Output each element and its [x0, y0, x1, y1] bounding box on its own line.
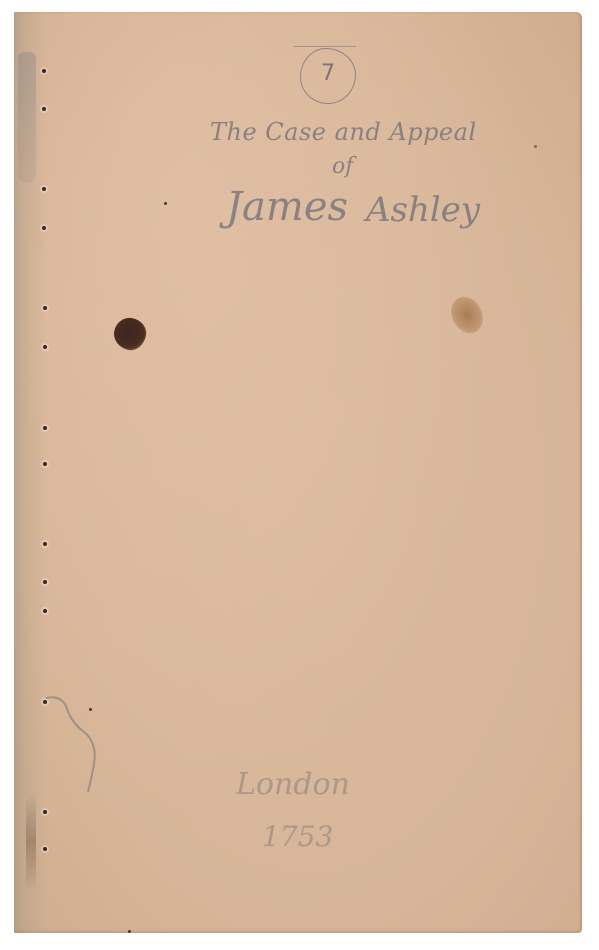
stitch-hole [43, 542, 47, 546]
dark-stain [111, 315, 148, 352]
pencil-first-name: James [226, 184, 348, 230]
spine-discoloration [18, 52, 36, 182]
circled-number: 7 [300, 48, 356, 104]
pencil-of: of [332, 154, 353, 179]
pencil-last-name: Ashley [366, 190, 480, 230]
stitch-hole [42, 69, 46, 73]
light-stain [445, 291, 489, 339]
speck [128, 930, 131, 933]
circled-number-text: 7 [301, 61, 355, 86]
speck [534, 145, 537, 148]
spine-discoloration-lower [26, 792, 36, 892]
paper-crack [44, 692, 104, 802]
pencil-year: 1753 [262, 820, 333, 853]
pencil-place: London [236, 767, 350, 802]
stitch-hole [42, 107, 46, 111]
pencil-overline [294, 46, 356, 47]
stitch-hole [43, 580, 47, 584]
pencil-title: The Case and Appeal [210, 118, 477, 146]
stitch-hole [43, 462, 47, 466]
speck [164, 202, 167, 205]
stitch-hole [42, 226, 46, 230]
stitch-hole [43, 609, 47, 613]
stitch-hole [43, 345, 47, 349]
stitch-hole [43, 810, 47, 814]
stitch-hole [43, 306, 47, 310]
stitch-hole [43, 847, 47, 851]
stitch-hole [42, 187, 46, 191]
stitch-hole [43, 426, 47, 430]
paper-leaf: 7 The Case and Appeal of James Ashley Lo… [14, 12, 582, 933]
speck [89, 708, 92, 711]
